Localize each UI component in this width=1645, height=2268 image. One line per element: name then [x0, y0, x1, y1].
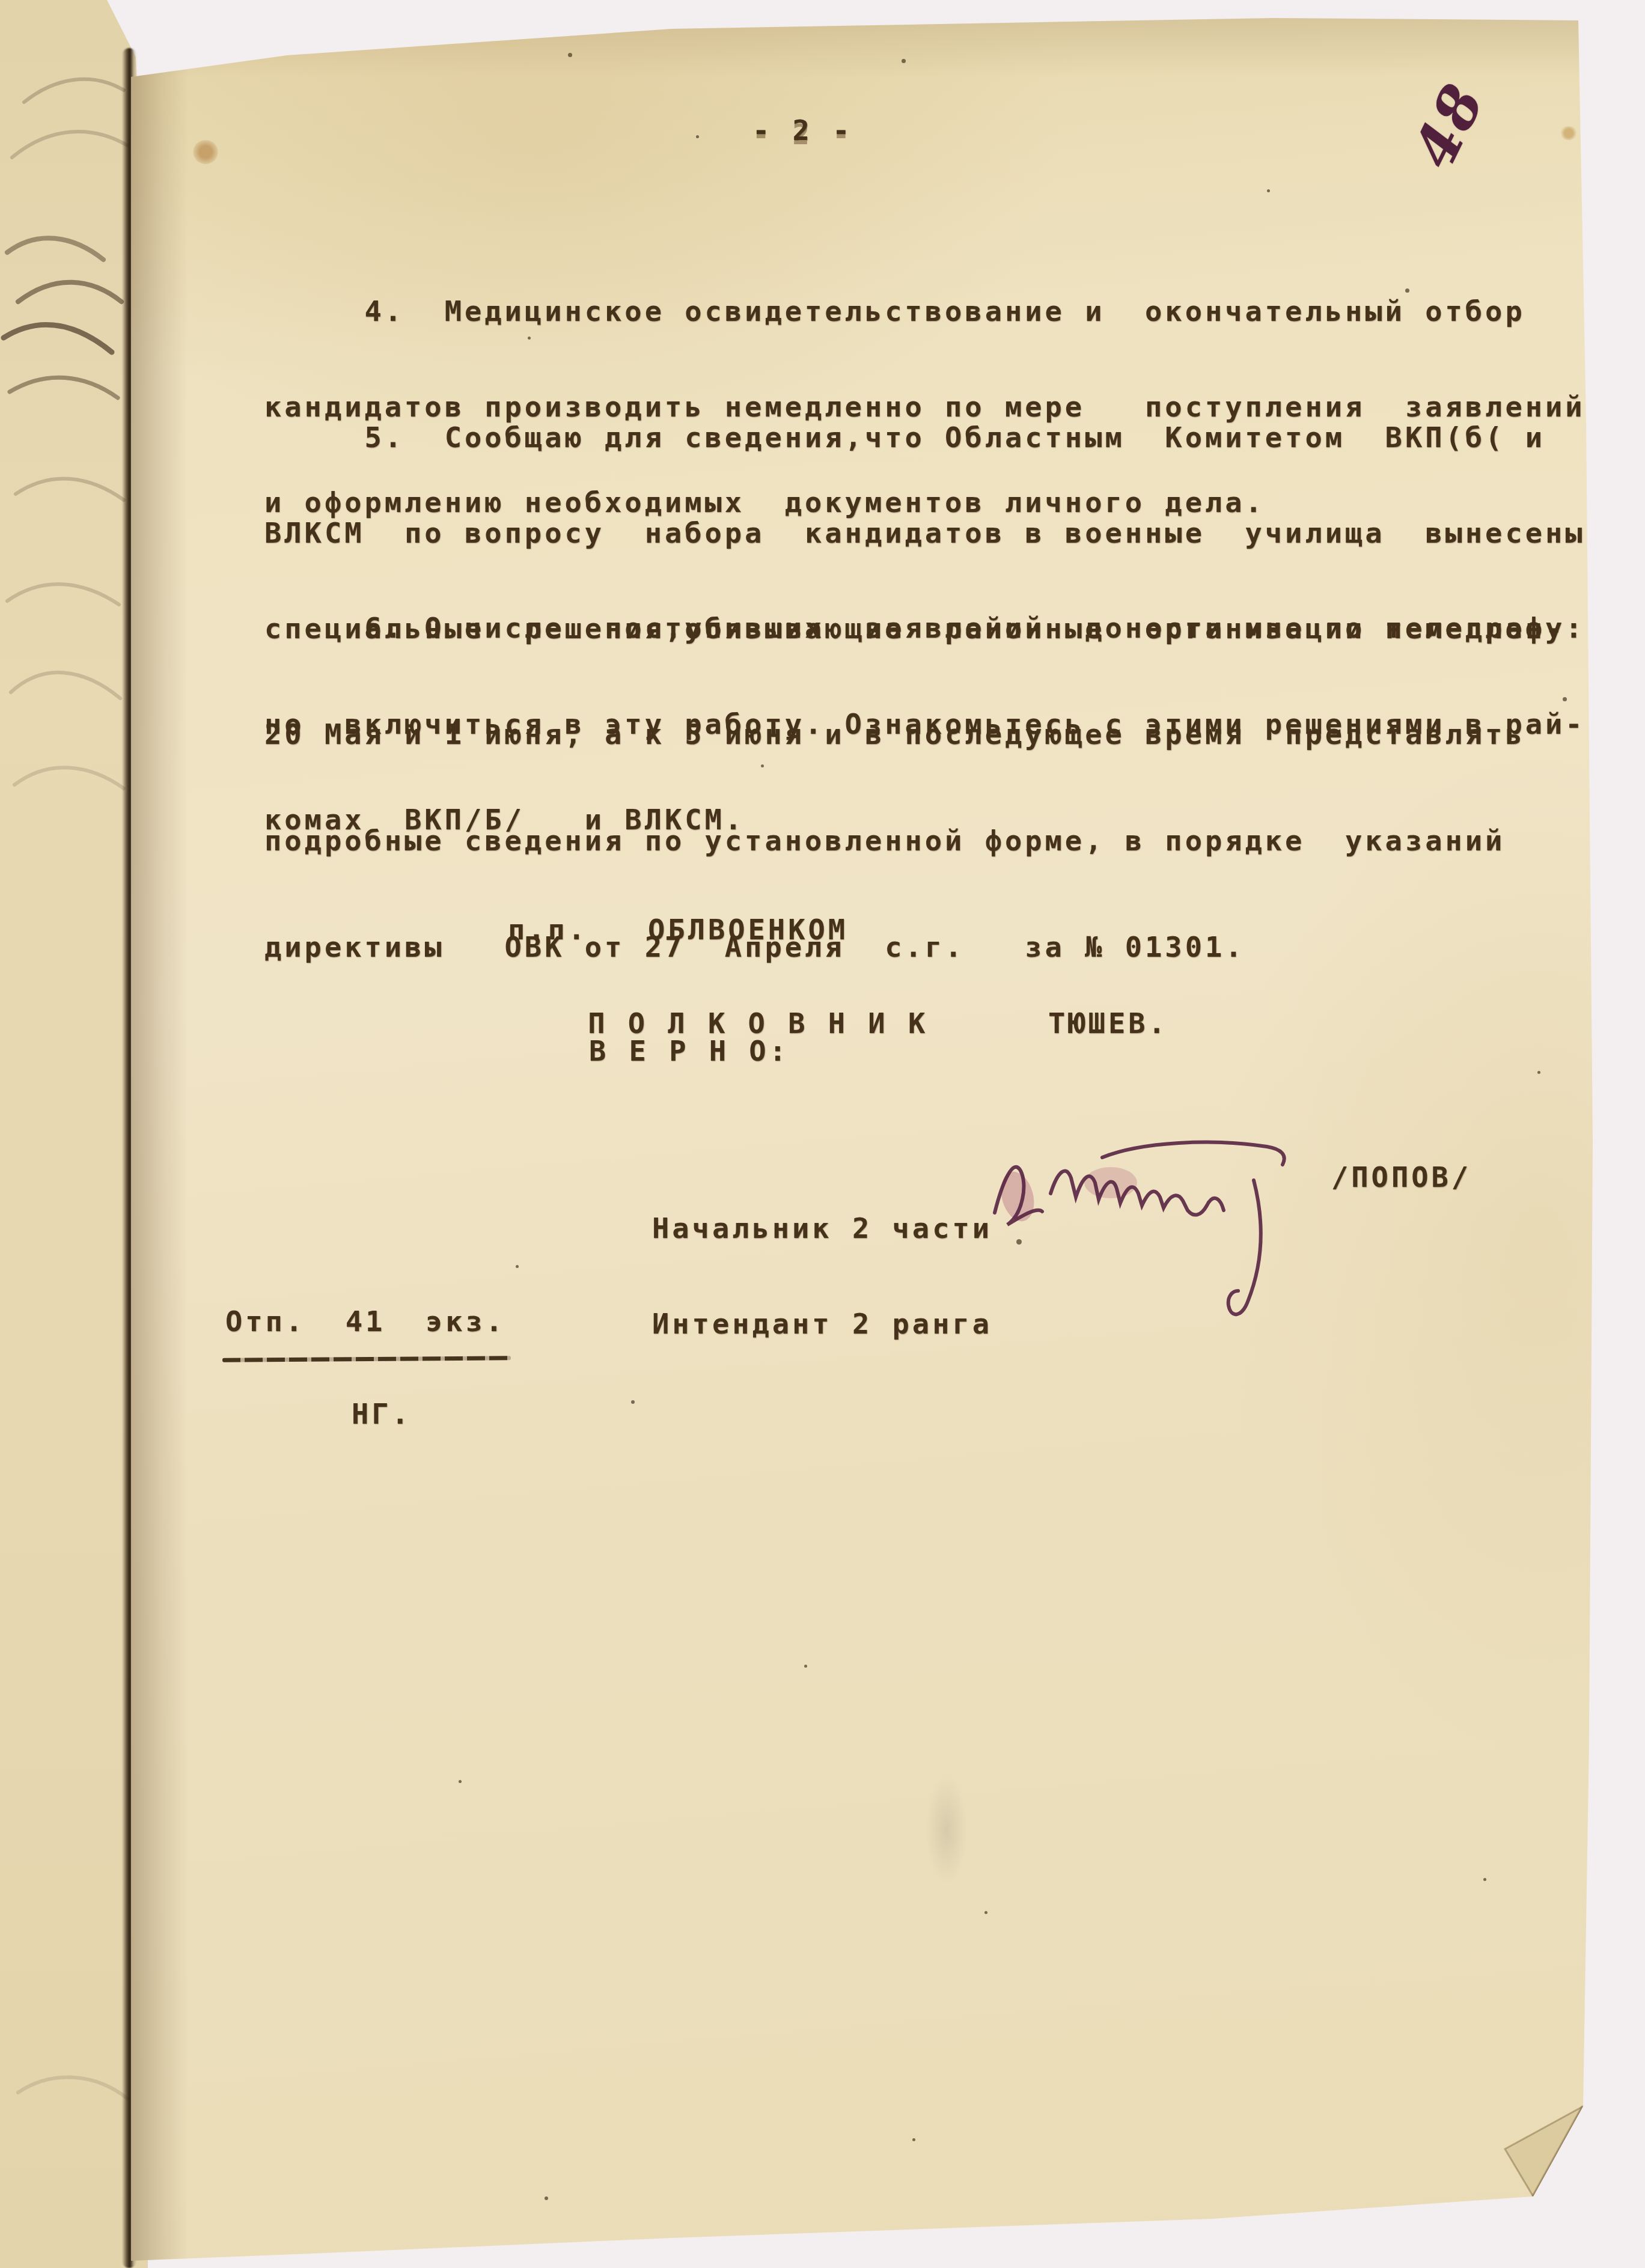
paper-speck: [1405, 288, 1409, 293]
paper-speck: [696, 135, 699, 138]
paper-speck: [761, 764, 764, 767]
paper-speck: [1537, 1071, 1540, 1074]
paper-speck: [631, 1400, 635, 1404]
paper-speck: [1483, 1878, 1486, 1881]
paper-speck: [1016, 1239, 1022, 1245]
paper-speck: [459, 1780, 462, 1783]
paper-stain: [1560, 126, 1577, 140]
scanned-document: - 2 - 48 4. Медицинское освидетельствова…: [0, 0, 1645, 2268]
paper-speck: [528, 337, 531, 340]
paper-speck: [984, 1911, 987, 1914]
paper-speck: [1267, 189, 1270, 192]
paper-speck: [912, 2138, 915, 2141]
document-page: - 2 - 48 4. Медицинское освидетельствова…: [131, 0, 1598, 2268]
paper-speck: [1563, 697, 1567, 701]
paper-speck: [545, 2196, 548, 2200]
paper-stain: [193, 140, 218, 164]
paper-speck: [516, 1265, 519, 1268]
paper-speck: [902, 59, 906, 63]
paper-speck: [568, 53, 572, 57]
paper-smudge: [926, 1776, 968, 1884]
folded-corner: [131, 0, 1598, 2268]
paper-speck: [804, 1665, 807, 1668]
